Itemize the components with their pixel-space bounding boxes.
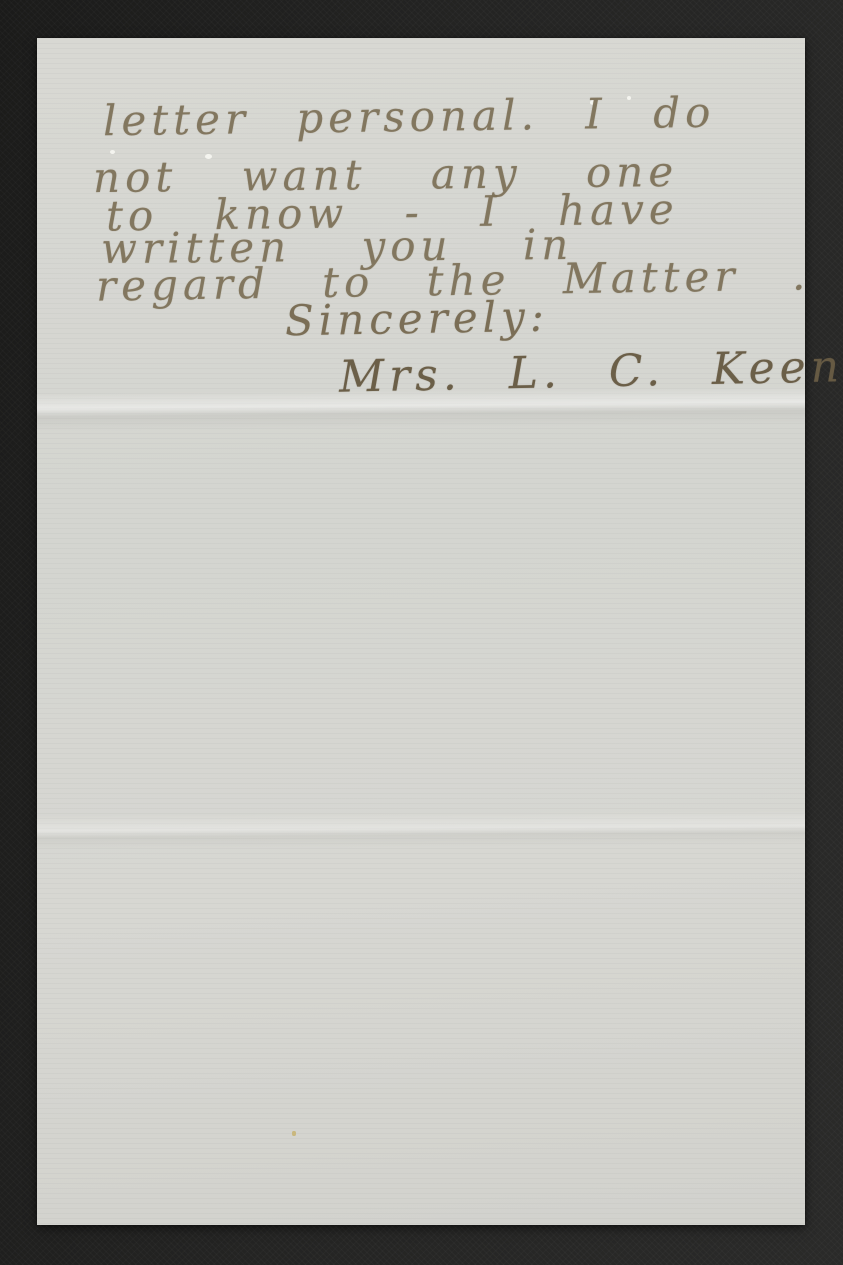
handwritten-line-1: letter personal. I do: [103, 92, 716, 143]
paper-blemish: [292, 1131, 296, 1136]
signature-line: Mrs. L. C. Keene.: [339, 344, 843, 400]
letter-page: letter personal. I do not want any one t…: [37, 38, 805, 1225]
fold-crease-lower: [37, 810, 805, 849]
scan-background: letter personal. I do not want any one t…: [0, 0, 843, 1265]
closing-line: Sincerely:: [285, 296, 550, 343]
